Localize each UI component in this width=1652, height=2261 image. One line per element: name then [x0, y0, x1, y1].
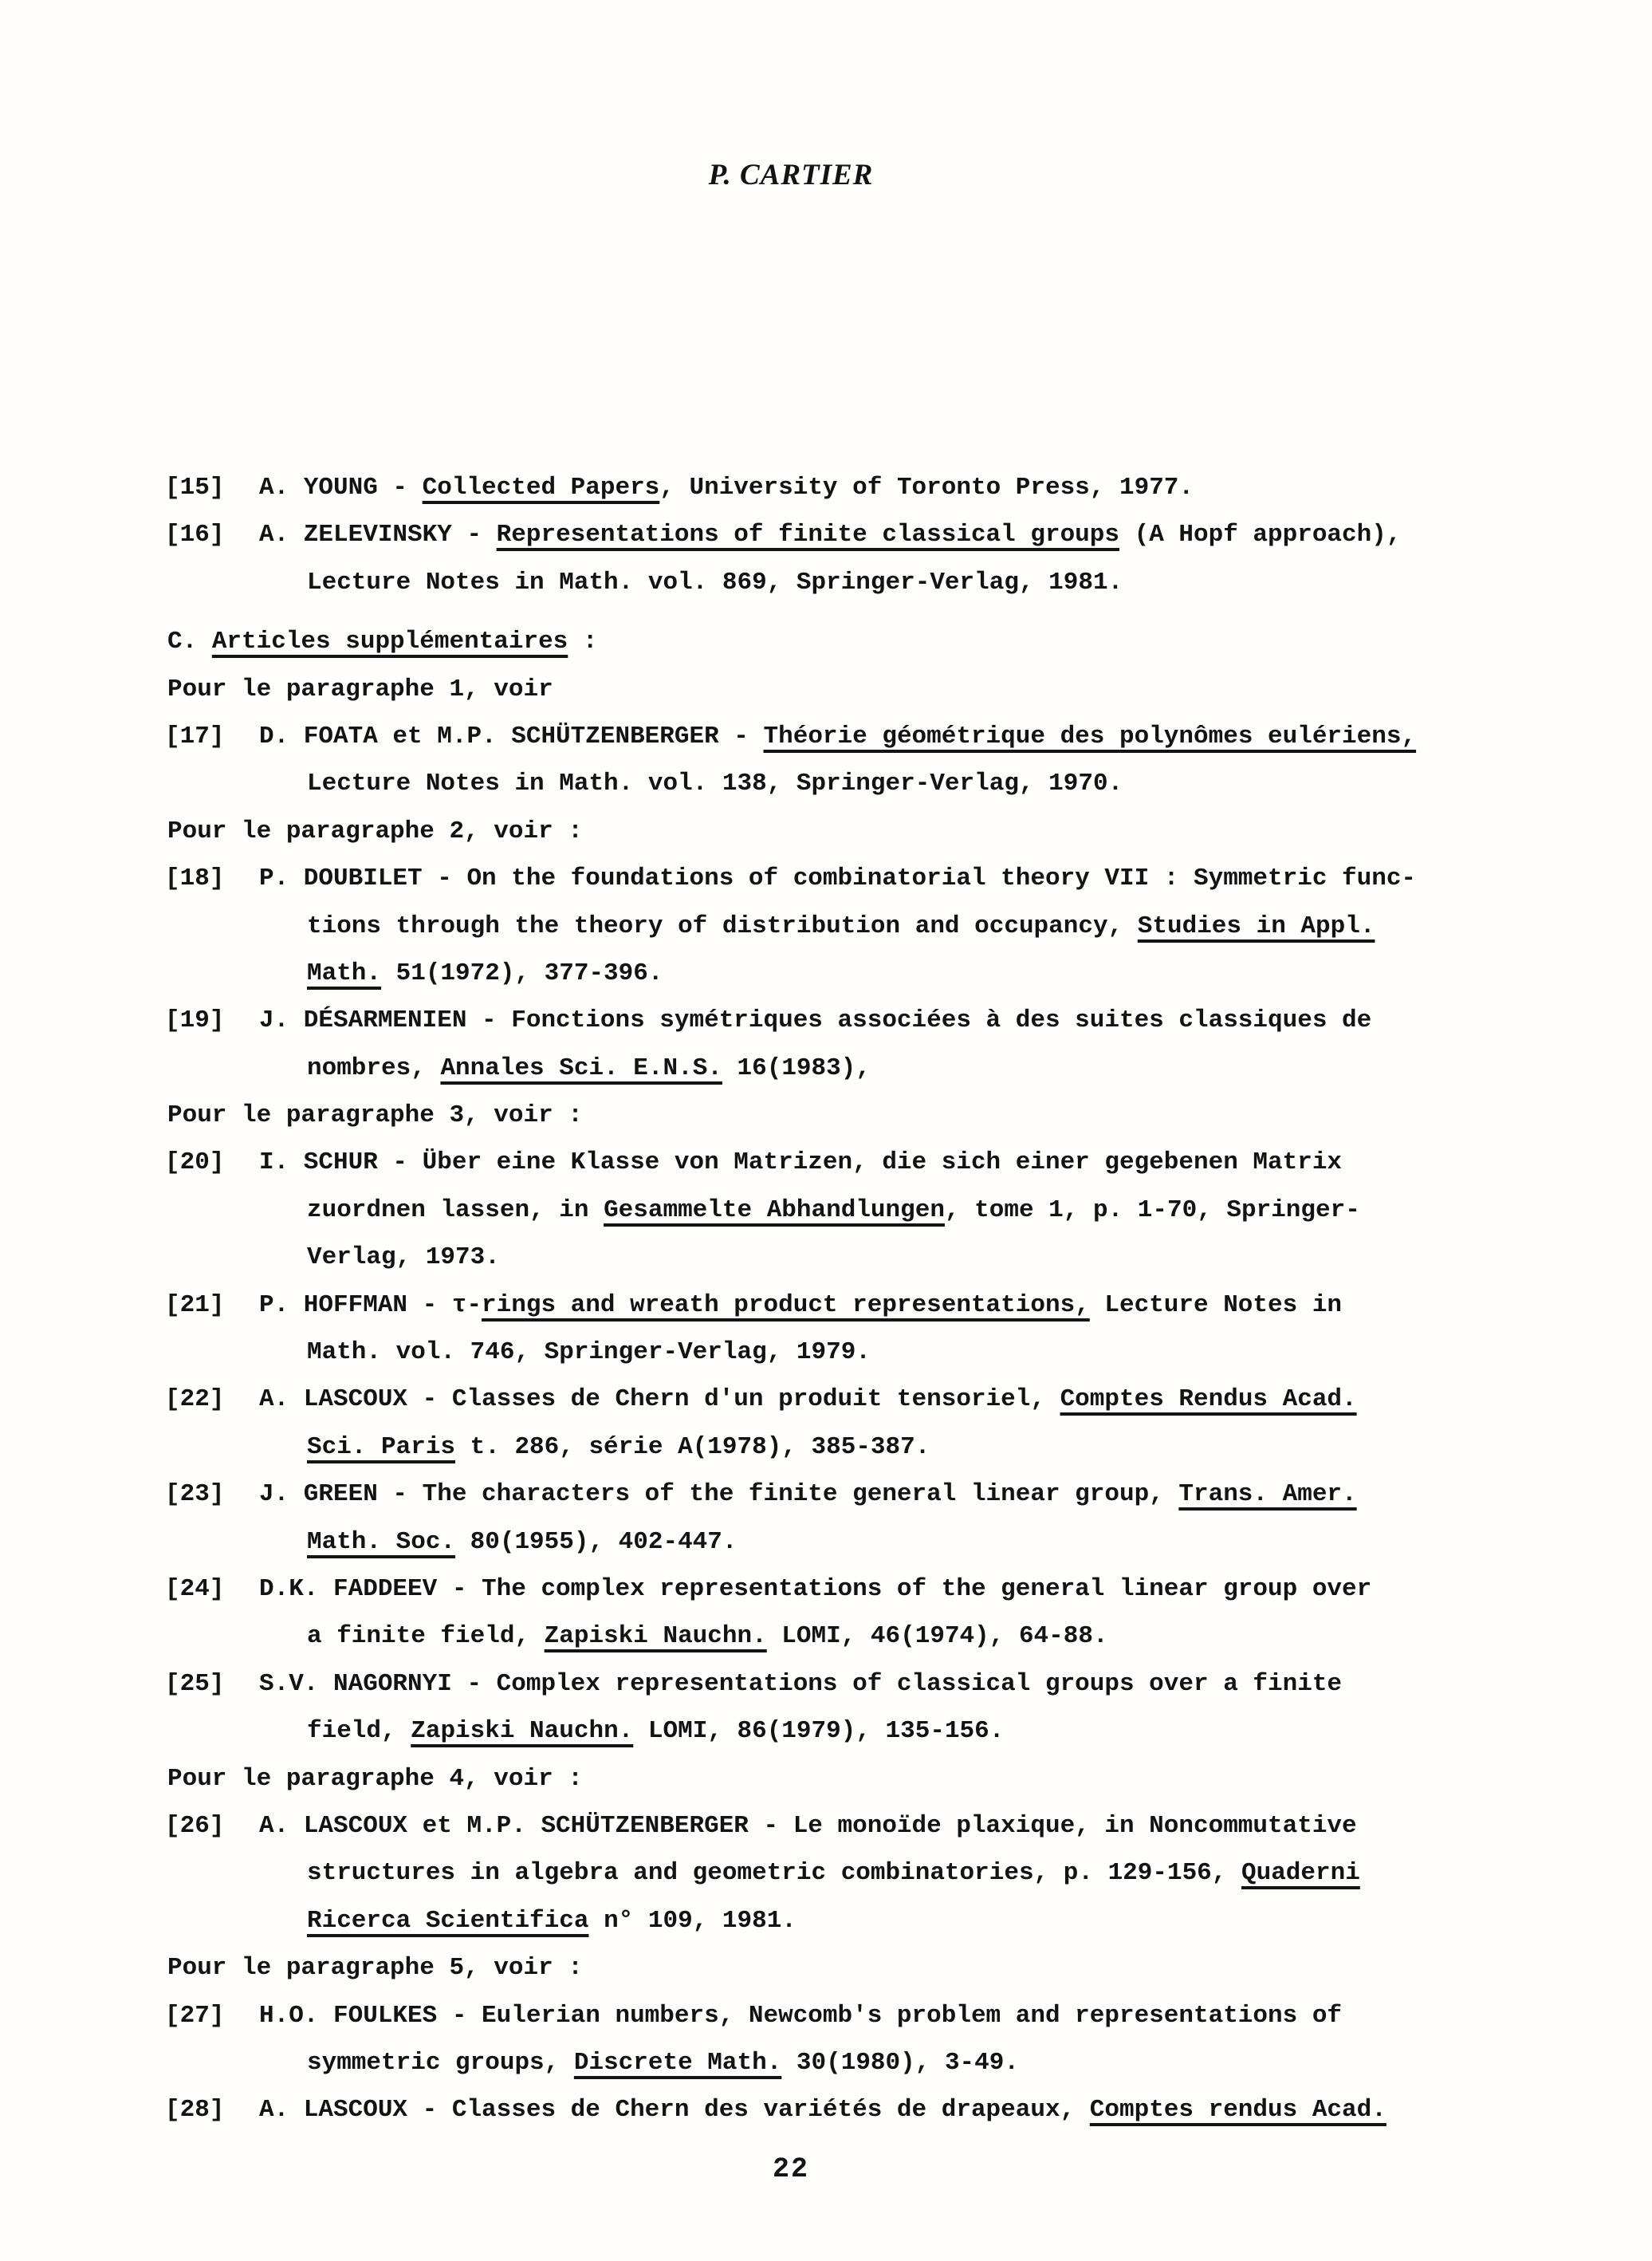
plain-text: tions through the theory of distribution… — [307, 912, 1138, 940]
underlined-text: Trans. Amer. — [1178, 1480, 1356, 1508]
reference-line: [17]D. FOATA et M.P. SCHÜTZENBERGER - Th… — [0, 713, 1652, 760]
underlined-text: Annales Sci. E.N.S. — [440, 1054, 722, 1082]
plain-text: P. HOFFMAN - τ- — [259, 1291, 482, 1319]
plain-text: field, — [307, 1717, 411, 1745]
plain-text: D. FOATA et M.P. SCHÜTZENBERGER - — [259, 723, 764, 750]
reference-continuation-line: Verlag, 1973. — [0, 1234, 1652, 1281]
reference-text: P. HOFFMAN - τ-rings and wreath product … — [259, 1282, 1342, 1329]
plain-text: Lecture Notes in Math. vol. 138, Springe… — [307, 770, 1123, 798]
plain-text: Verlag, 1973. — [307, 1243, 500, 1271]
reference-label: [20] — [165, 1139, 224, 1186]
reference-text: tions through the theory of distribution… — [307, 903, 1375, 950]
reference-continuation-line: Lecture Notes in Math. vol. 138, Springe… — [0, 760, 1652, 807]
reference-continuation-line: Sci. Paris t. 286, série A(1978), 385-38… — [0, 1424, 1652, 1471]
reference-line: [26]A. LASCOUX et M.P. SCHÜTZENBERGER - … — [0, 1802, 1652, 1849]
underlined-text: Zapiski Nauchn. — [545, 1622, 767, 1650]
reference-text: Math. 51(1972), 377-396. — [307, 950, 663, 997]
plain-text: t. 286, série A(1978), 385-387. — [455, 1433, 930, 1461]
plain-text: a finite field, — [307, 1622, 545, 1650]
reference-label: [19] — [165, 997, 224, 1044]
reference-text: A. LASCOUX et M.P. SCHÜTZENBERGER - Le m… — [259, 1802, 1357, 1849]
underlined-text: Articles supplémentaires — [212, 628, 568, 656]
plain-text: Pour le paragraphe 2, voir : — [167, 817, 583, 845]
reference-continuation-line: tions through the theory of distribution… — [0, 903, 1652, 950]
reference-text: Pour le paragraphe 3, voir : — [167, 1092, 583, 1139]
reference-continuation-line: symmetric groups, Discrete Math. 30(1980… — [0, 2039, 1652, 2086]
reference-text: Lecture Notes in Math. vol. 138, Springe… — [307, 760, 1123, 807]
reference-label: [27] — [165, 1992, 224, 2039]
text-line: C. Articles supplémentaires : — [0, 618, 1652, 665]
plain-text: Pour le paragraphe 1, voir — [167, 676, 553, 703]
underlined-text: Studies in Appl. — [1138, 912, 1375, 940]
underlined-text: Ricerca Scientifica — [307, 1907, 588, 1935]
reference-label: [23] — [165, 1471, 224, 1518]
reference-text: Verlag, 1973. — [307, 1234, 500, 1281]
scanned-document-page: P. CARTIER [15]A. YOUNG - Collected Pape… — [0, 0, 1652, 2261]
reference-label: [24] — [165, 1566, 224, 1613]
reference-text: Math. vol. 746, Springer-Verlag, 1979. — [307, 1329, 871, 1376]
page-number: 22 — [773, 2153, 809, 2185]
reference-line: [23]J. GREEN - The characters of the fin… — [0, 1471, 1652, 1518]
reference-text: Pour le paragraphe 4, voir : — [167, 1755, 583, 1802]
reference-text: A. ZELEVINSKY - Representations of finit… — [259, 511, 1401, 558]
plain-text: H.O. FOULKES - Eulerian numbers, Newcomb… — [259, 2002, 1342, 2030]
reference-line: [22]A. LASCOUX - Classes de Chern d'un p… — [0, 1376, 1652, 1423]
reference-text: Pour le paragraphe 2, voir : — [167, 808, 583, 855]
reference-text: symmetric groups, Discrete Math. 30(1980… — [307, 2039, 1019, 2086]
reference-continuation-line: a finite field, Zapiski Nauchn. LOMI, 46… — [0, 1613, 1652, 1660]
plain-text: A. ZELEVINSKY - — [259, 521, 497, 549]
bibliography: [15]A. YOUNG - Collected Papers, Univers… — [0, 464, 1652, 2134]
reference-continuation-line: zuordnen lassen, in Gesammelte Abhandlun… — [0, 1187, 1652, 1234]
underlined-text: Representations of finite classical grou… — [497, 521, 1119, 549]
underlined-text: Gesammelte Abhandlungen — [604, 1196, 945, 1224]
reference-text: C. Articles supplémentaires : — [167, 618, 598, 665]
plain-text: A. LASCOUX et M.P. SCHÜTZENBERGER - Le m… — [259, 1812, 1357, 1840]
reference-text: D. FOATA et M.P. SCHÜTZENBERGER - Théori… — [259, 713, 1416, 760]
reference-text: S.V. NAGORNYI - Complex representations … — [259, 1660, 1342, 1708]
underlined-text: Comptes Rendus Acad. — [1060, 1385, 1357, 1413]
plain-text: Pour le paragraphe 3, voir : — [167, 1101, 583, 1129]
reference-label: [25] — [165, 1660, 224, 1708]
reference-line: [18]P. DOUBILET - On the foundations of … — [0, 855, 1652, 902]
reference-text: H.O. FOULKES - Eulerian numbers, Newcomb… — [259, 1992, 1342, 2039]
reference-continuation-line: nombres, Annales Sci. E.N.S. 16(1983), — [0, 1045, 1652, 1092]
plain-text: , tome 1, p. 1-70, Springer- — [945, 1196, 1360, 1224]
reference-continuation-line: Ricerca Scientifica n° 109, 1981. — [0, 1897, 1652, 1944]
reference-text: A. YOUNG - Collected Papers, University … — [259, 464, 1194, 511]
reference-continuation-line: Lecture Notes in Math. vol. 869, Springe… — [0, 559, 1652, 606]
reference-text: J. DÉSARMENIEN - Fonctions symétriques a… — [259, 997, 1371, 1044]
plain-text: : — [568, 628, 597, 656]
plain-text: 51(1972), 377-396. — [381, 959, 663, 987]
reference-text: D.K. FADDEEV - The complex representatio… — [259, 1566, 1371, 1613]
plain-text: nombres, — [307, 1054, 440, 1082]
underlined-text: Quaderni — [1241, 1859, 1360, 1887]
reference-line: [16]A. ZELEVINSKY - Representations of f… — [0, 511, 1652, 558]
plain-text: A. LASCOUX - Classes de Chern des variét… — [259, 2096, 1090, 2124]
plain-text: LOMI, 86(1979), 135-156. — [633, 1717, 1004, 1745]
plain-text: J. GREEN - The characters of the finite … — [259, 1480, 1178, 1508]
plain-text: D.K. FADDEEV - The complex representatio… — [259, 1575, 1371, 1603]
reference-text: Pour le paragraphe 5, voir : — [167, 1944, 583, 1991]
reference-line: [28]A. LASCOUX - Classes de Chern des va… — [0, 2086, 1652, 2133]
plain-text: n° 109, 1981. — [588, 1907, 796, 1935]
reference-label: [26] — [165, 1802, 224, 1849]
reference-text: I. SCHUR - Über eine Klasse von Matrizen… — [259, 1139, 1342, 1186]
reference-label: [16] — [165, 511, 224, 558]
text-line: Pour le paragraphe 2, voir : — [0, 808, 1652, 855]
reference-label: [15] — [165, 464, 224, 511]
plain-text: S.V. NAGORNYI - Complex representations … — [259, 1670, 1342, 1698]
reference-line: [19]J. DÉSARMENIEN - Fonctions symétriqu… — [0, 997, 1652, 1044]
plain-text: Lecture Notes in — [1090, 1291, 1342, 1319]
reference-text: J. GREEN - The characters of the finite … — [259, 1471, 1357, 1518]
plain-text: structures in algebra and geometric comb… — [307, 1859, 1241, 1887]
reference-label: [17] — [165, 713, 224, 760]
plain-text: , University of Toronto Press, 1977. — [659, 474, 1194, 502]
plain-text: C. — [167, 628, 212, 656]
reference-continuation-line: Math. 51(1972), 377-396. — [0, 950, 1652, 997]
plain-text: Lecture Notes in Math. vol. 869, Springe… — [307, 569, 1123, 597]
underlined-text: Zapiski Nauchn. — [411, 1717, 633, 1745]
reference-continuation-line: Math. vol. 746, Springer-Verlag, 1979. — [0, 1329, 1652, 1376]
plain-text: A. LASCOUX - Classes de Chern d'un produ… — [259, 1385, 1060, 1413]
underlined-text: Théorie géométrique des polynômes euléri… — [764, 723, 1417, 750]
plain-text: P. DOUBILET - On the foundations of comb… — [259, 865, 1416, 892]
reference-line: [25]S.V. NAGORNYI - Complex representati… — [0, 1660, 1652, 1708]
reference-text: field, Zapiski Nauchn. LOMI, 86(1979), 1… — [307, 1708, 1004, 1755]
reference-text: P. DOUBILET - On the foundations of comb… — [259, 855, 1416, 902]
reference-line: [21]P. HOFFMAN - τ-rings and wreath prod… — [0, 1282, 1652, 1329]
reference-text: nombres, Annales Sci. E.N.S. 16(1983), — [307, 1045, 871, 1092]
reference-continuation-line: Math. Soc. 80(1955), 402-447. — [0, 1518, 1652, 1566]
underlined-text: Sci. Paris — [307, 1433, 455, 1461]
plain-text: Pour le paragraphe 4, voir : — [167, 1765, 583, 1793]
plain-text: 30(1980), 3-49. — [781, 2049, 1019, 2077]
plain-text: (A Hopf approach), — [1119, 521, 1401, 549]
underlined-text: Collected Papers — [423, 474, 660, 502]
underlined-text: Math. — [307, 959, 381, 987]
reference-line: [15]A. YOUNG - Collected Papers, Univers… — [0, 464, 1652, 511]
reference-text: structures in algebra and geometric comb… — [307, 1849, 1360, 1897]
plain-text: 80(1955), 402-447. — [455, 1528, 737, 1556]
plain-text: symmetric groups, — [307, 2049, 574, 2077]
plain-text: I. SCHUR - Über eine Klasse von Matrizen… — [259, 1148, 1342, 1176]
page-header: P. CARTIER — [709, 158, 874, 192]
plain-text: Math. vol. 746, Springer-Verlag, 1979. — [307, 1338, 871, 1366]
reference-text: Pour le paragraphe 1, voir — [167, 666, 553, 713]
reference-label: [21] — [165, 1282, 224, 1329]
reference-text: A. LASCOUX - Classes de Chern d'un produ… — [259, 1376, 1357, 1423]
plain-text: 16(1983), — [722, 1054, 871, 1082]
reference-text: A. LASCOUX - Classes de Chern des variét… — [259, 2086, 1386, 2133]
plain-text: J. DÉSARMENIEN - Fonctions symétriques a… — [259, 1006, 1371, 1034]
plain-text: A. YOUNG - — [259, 474, 423, 502]
reference-text: Ricerca Scientifica n° 109, 1981. — [307, 1897, 796, 1944]
underlined-text: rings and wreath product representations… — [482, 1291, 1090, 1319]
underlined-text: Discrete Math. — [574, 2049, 781, 2077]
reference-continuation-line: structures in algebra and geometric comb… — [0, 1849, 1652, 1897]
reference-text: a finite field, Zapiski Nauchn. LOMI, 46… — [307, 1613, 1108, 1660]
reference-line: [27]H.O. FOULKES - Eulerian numbers, New… — [0, 1992, 1652, 2039]
text-line: Pour le paragraphe 3, voir : — [0, 1092, 1652, 1139]
reference-label: [22] — [165, 1376, 224, 1423]
reference-text: zuordnen lassen, in Gesammelte Abhandlun… — [307, 1187, 1360, 1234]
plain-text: zuordnen lassen, in — [307, 1196, 604, 1224]
reference-line: [24]D.K. FADDEEV - The complex represent… — [0, 1566, 1652, 1613]
reference-text: Lecture Notes in Math. vol. 869, Springe… — [307, 559, 1123, 606]
reference-continuation-line: field, Zapiski Nauchn. LOMI, 86(1979), 1… — [0, 1708, 1652, 1755]
reference-label: [18] — [165, 855, 224, 902]
reference-label: [28] — [165, 2086, 224, 2133]
underlined-text: Comptes rendus Acad. — [1090, 2096, 1386, 2124]
plain-text: Pour le paragraphe 5, voir : — [167, 1954, 583, 1982]
reference-line: [20]I. SCHUR - Über eine Klasse von Matr… — [0, 1139, 1652, 1186]
reference-text: Sci. Paris t. 286, série A(1978), 385-38… — [307, 1424, 930, 1471]
text-line: Pour le paragraphe 4, voir : — [0, 1755, 1652, 1802]
text-line: Pour le paragraphe 1, voir — [0, 666, 1652, 713]
text-line: Pour le paragraphe 5, voir : — [0, 1944, 1652, 1991]
underlined-text: Math. Soc. — [307, 1528, 455, 1556]
plain-text: LOMI, 46(1974), 64-88. — [767, 1622, 1108, 1650]
reference-text: Math. Soc. 80(1955), 402-447. — [307, 1518, 737, 1566]
